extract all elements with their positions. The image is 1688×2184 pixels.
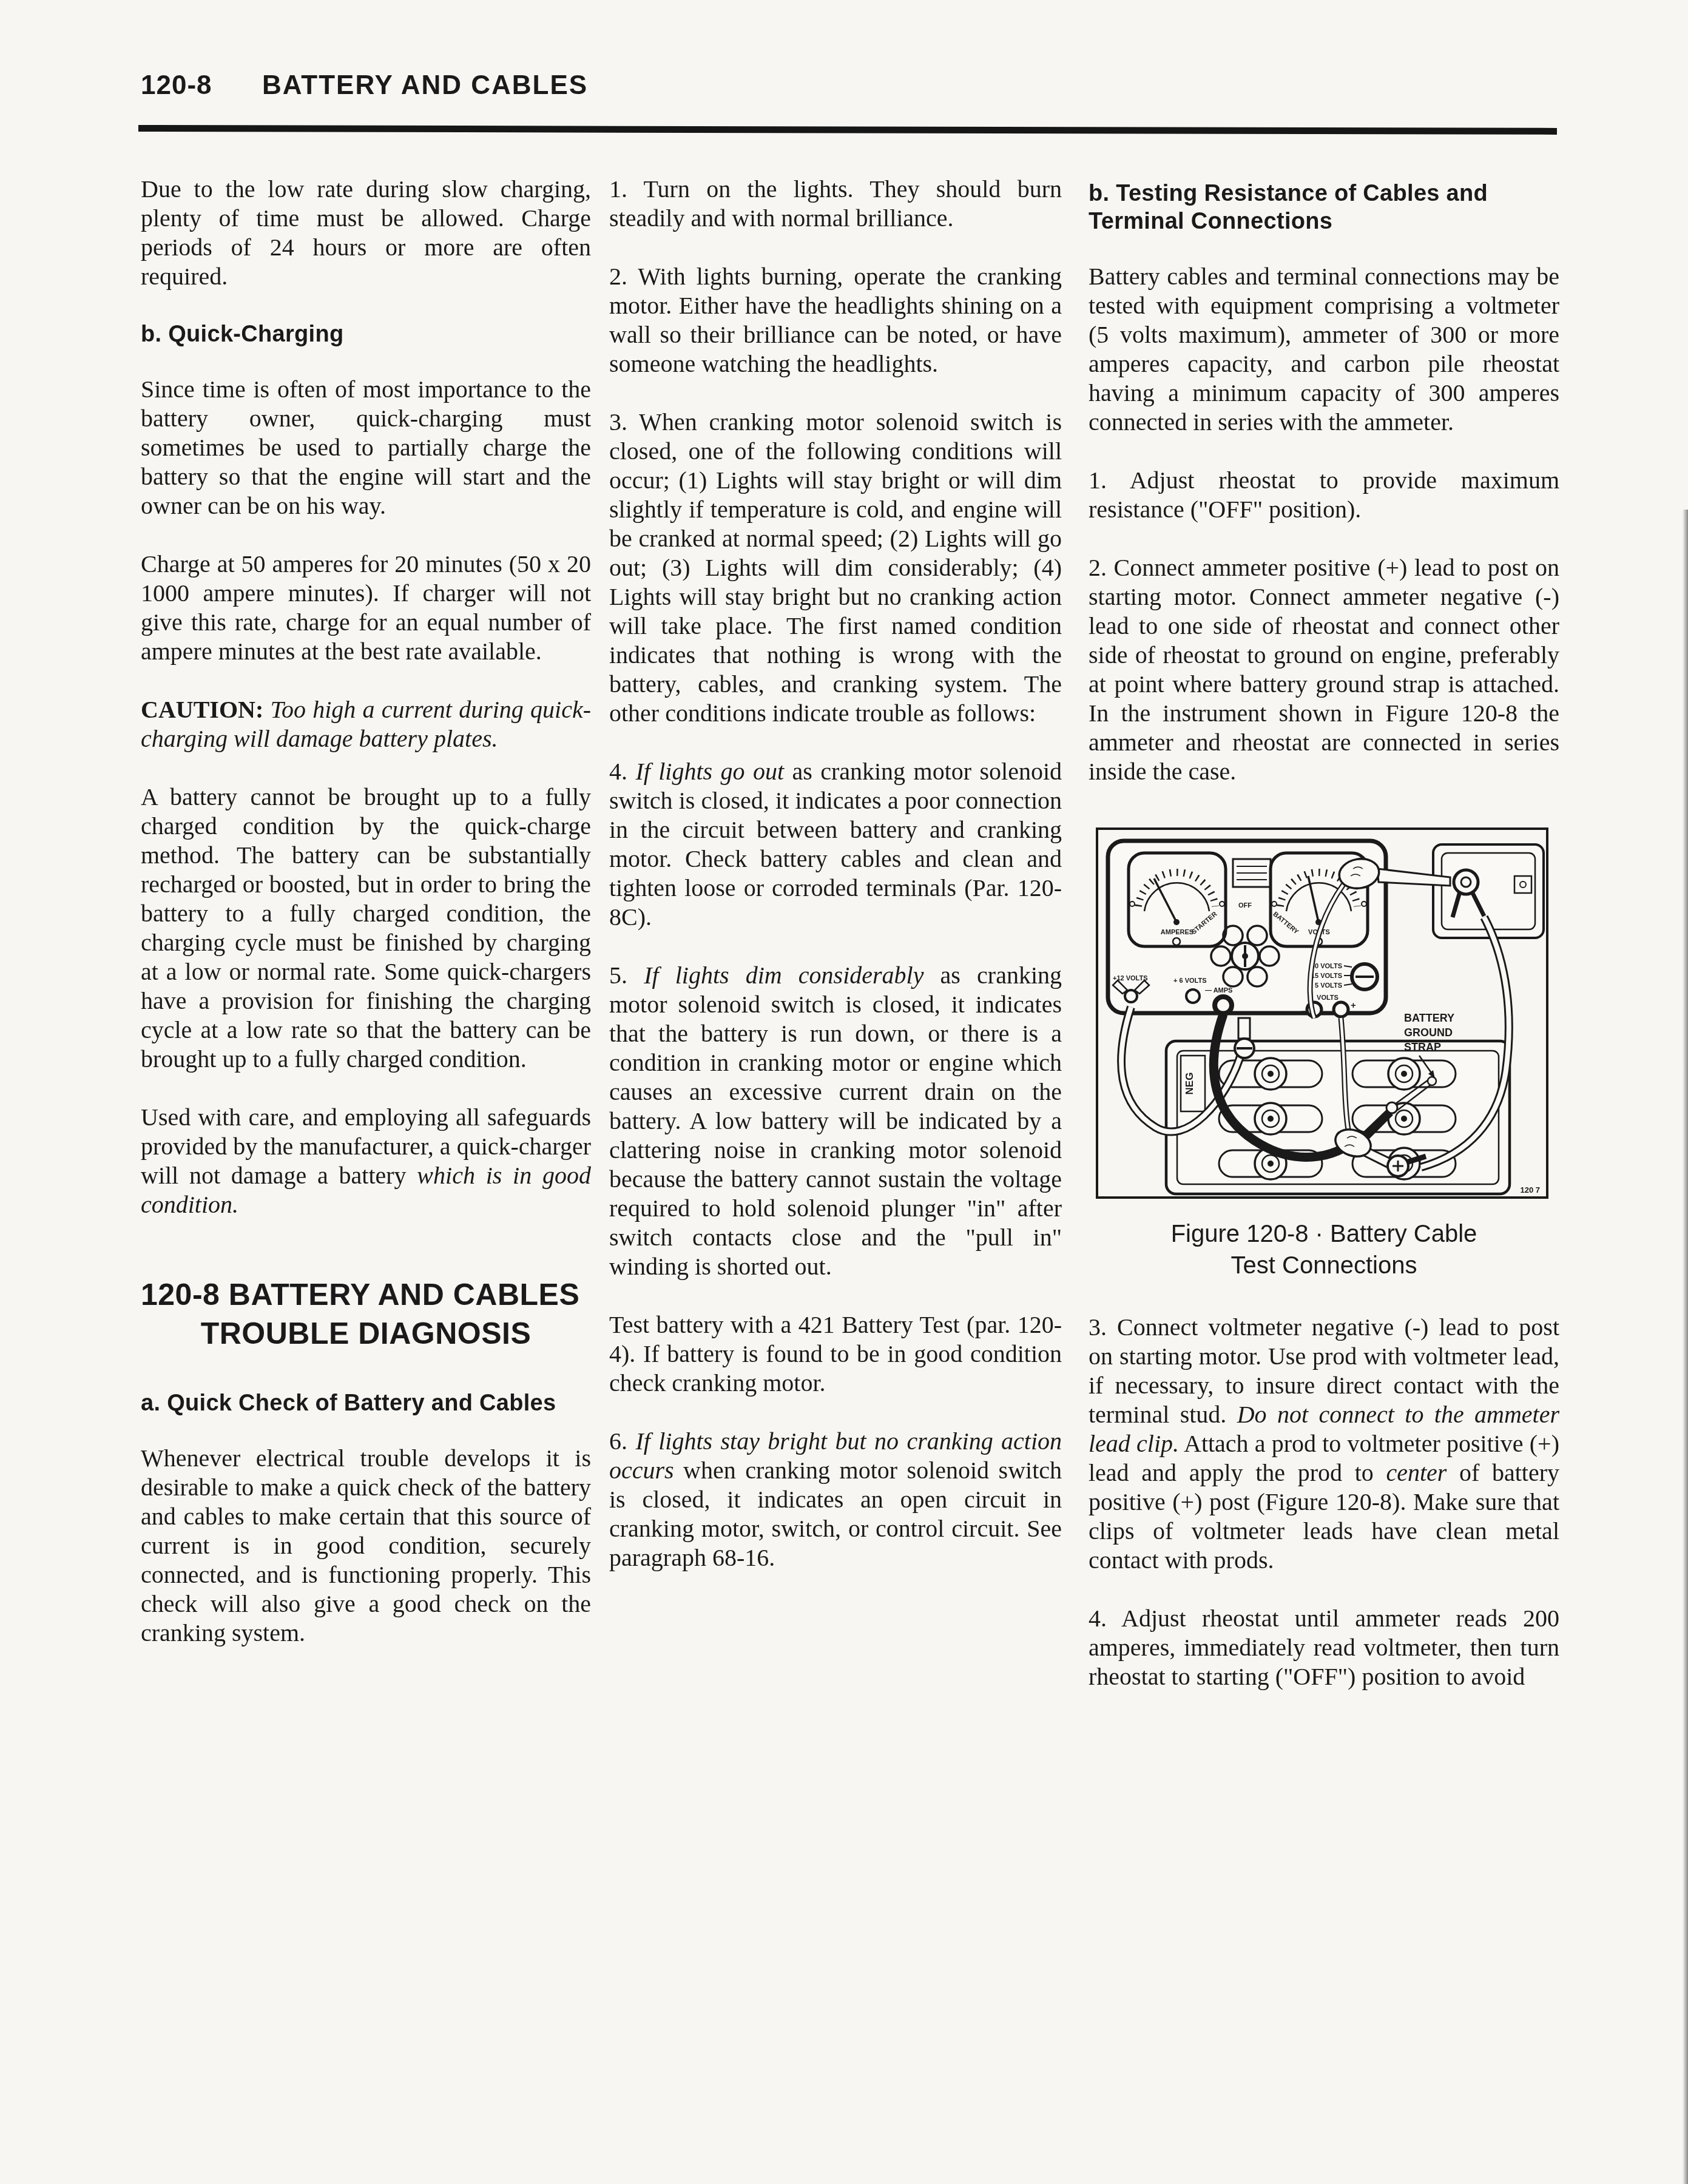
selector-off-label: OFF bbox=[1238, 902, 1252, 909]
minus-port-label: − bbox=[1301, 1006, 1306, 1016]
section-title: 120-8 BATTERY AND CABLES TROUBLE DIAGNOS… bbox=[141, 1275, 591, 1353]
figure-plate-number: 120 7 bbox=[1520, 1185, 1540, 1195]
volts-15-label: 15 VOLTS bbox=[1311, 972, 1342, 980]
list-item: 4. Adjust rheostat until ammeter reads 2… bbox=[1089, 1604, 1559, 1691]
manual-page: 120-8 BATTERY AND CABLES Due to the low … bbox=[0, 0, 1688, 2184]
figure-caption-line1: Figure 120-8 · Battery Cable bbox=[1089, 1218, 1559, 1250]
column-left: Due to the low rate during slow charging… bbox=[141, 175, 591, 1677]
list-item: 6. If lights stay bright but no cranking… bbox=[609, 1427, 1062, 1572]
list-item: 1. Adjust rheostat to provide maximum re… bbox=[1089, 466, 1559, 524]
paragraph: Charge at 50 amperes for 20 minutes (50 … bbox=[141, 550, 591, 666]
volts-50-label: 50 VOLTS bbox=[1311, 963, 1342, 970]
ground-strap-label-line1: BATTERY bbox=[1404, 1012, 1454, 1024]
figure-battery-cable-test: AMPERES VOLTS bbox=[1089, 815, 1559, 1281]
list-item: 4. If lights go out as cranking motor so… bbox=[609, 757, 1062, 932]
section-title-line1: 120-8 BATTERY AND CABLES bbox=[141, 1275, 591, 1314]
figure-caption: Figure 120-8 · Battery Cable Test Connec… bbox=[1089, 1218, 1559, 1281]
starter-post bbox=[1454, 870, 1478, 894]
ammeter-label: AMPERES bbox=[1161, 929, 1193, 936]
battery-neg-label: NEG bbox=[1184, 1073, 1195, 1095]
volts-ports-label: VOLTS bbox=[1317, 994, 1339, 1002]
list-item: 1. Turn on the lights. They should burn … bbox=[609, 175, 1062, 233]
volts-5-label: 5 VOLTS bbox=[1315, 982, 1342, 989]
header-rule bbox=[138, 125, 1557, 135]
amps-label: — AMPS bbox=[1205, 987, 1232, 994]
battery-neg-clamp bbox=[1235, 1018, 1254, 1058]
list-item: 3. When cranking motor solenoid switch i… bbox=[609, 408, 1062, 728]
paragraph: Whenever electrical trouble develops it … bbox=[141, 1444, 591, 1648]
caution-paragraph: CAUTION: Too high a current during quick… bbox=[141, 695, 591, 753]
paragraph: Battery cables and terminal connections … bbox=[1089, 262, 1559, 437]
heading-quick-charging: b. Quick-Charging bbox=[141, 320, 591, 348]
list-item: 2. With lights burning, operate the cran… bbox=[609, 262, 1062, 379]
paragraph: Due to the low rate during slow charging… bbox=[141, 175, 591, 291]
page-title: BATTERY AND CABLES bbox=[262, 70, 588, 101]
paragraph: A battery cannot be brought up to a full… bbox=[141, 783, 591, 1074]
ground-strap-label-line2: GROUND bbox=[1404, 1026, 1453, 1039]
plus6-volts-label: + 6 VOLTS bbox=[1173, 977, 1207, 985]
column-right: b. Testing Resistance of Cables and Term… bbox=[1089, 180, 1559, 1721]
paragraph: Test battery with a 421 Battery Test (pa… bbox=[609, 1310, 1062, 1398]
list-item: 2. Connect ammeter positive (+) lead to … bbox=[1089, 553, 1559, 786]
heading-testing-resistance: b. Testing Resistance of Cables and Term… bbox=[1089, 180, 1559, 235]
page-number: 120-8 bbox=[141, 70, 212, 101]
ground-strap-label-line3: STRAP bbox=[1404, 1041, 1441, 1053]
figure-caption-line2: Test Connections bbox=[1089, 1250, 1559, 1281]
paragraph: Since time is often of most importance t… bbox=[141, 375, 591, 521]
battery-cable-test-illustration: AMPERES VOLTS bbox=[1089, 815, 1559, 1206]
list-item: 5. If lights dim considerably as crankin… bbox=[609, 961, 1062, 1281]
scan-edge-artifact bbox=[1683, 510, 1688, 2184]
plus-port-label: + bbox=[1351, 1000, 1356, 1011]
heading-quick-check: a. Quick Check of Battery and Cables bbox=[141, 1389, 591, 1417]
paragraph: Used with care, and employing all safegu… bbox=[141, 1103, 591, 1219]
column-middle: 1. Turn on the lights. They should burn … bbox=[609, 175, 1062, 1602]
section-title-line2: TROUBLE DIAGNOSIS bbox=[141, 1314, 591, 1353]
list-item: 3. Connect voltmeter negative (-) lead t… bbox=[1089, 1313, 1559, 1575]
